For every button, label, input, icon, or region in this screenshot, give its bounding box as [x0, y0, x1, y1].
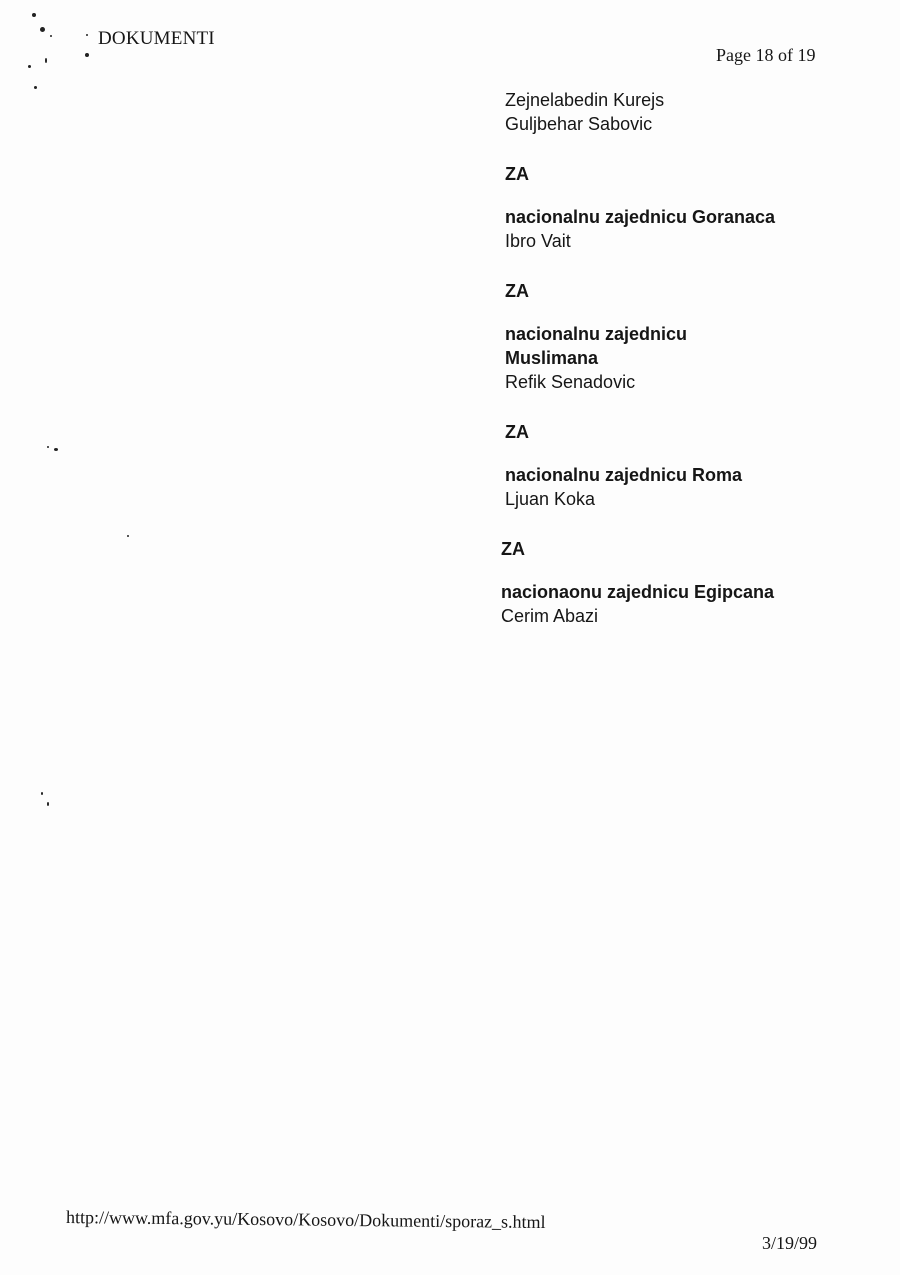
community-label: nacionaonu zajednicu Egipcana [501, 580, 885, 604]
scan-speck [28, 65, 31, 68]
scan-speck [47, 446, 49, 448]
signatory-section-goranaca: ZA nacionalnu zajednicu Goranaca Ibro Va… [505, 164, 885, 253]
scan-speck [85, 53, 89, 57]
community-label: nacionalnu zajednicu Goranaca [505, 205, 885, 229]
signatory-section-roma: ZA nacionalnu zajednicu Roma Ljuan Koka [505, 422, 885, 511]
intro-name: Zejnelabedin Kurejs [505, 88, 885, 112]
za-heading: ZA [505, 422, 885, 443]
za-heading: ZA [501, 539, 885, 560]
signatory-name: Refik Senadovic [505, 370, 885, 394]
footer-date: 3/19/99 [762, 1233, 817, 1254]
signatory-name: Ibro Vait [505, 229, 885, 253]
scan-speck [45, 58, 47, 63]
scan-speck [127, 535, 129, 537]
scan-speck [50, 35, 52, 37]
signatory-name: Cerim Abazi [501, 604, 885, 628]
za-heading: ZA [505, 164, 885, 185]
footer-url: http://www.mfa.gov.yu/Kosovo/Kosovo/Doku… [66, 1207, 546, 1233]
scan-speck [40, 27, 45, 32]
header-title: DOKUMENTI [98, 28, 215, 50]
scan-speck [34, 86, 37, 89]
page-number: Page 18 of 19 [716, 45, 815, 66]
scan-speck [47, 802, 49, 806]
signatory-section-egipcana: ZA nacionaonu zajednicu Egipcana Cerim A… [501, 539, 885, 628]
signatory-name: Ljuan Koka [505, 487, 885, 511]
community-label: nacionalnu zajednicu Roma [505, 463, 885, 487]
community-label: Muslimana [505, 346, 885, 370]
scan-speck [41, 792, 43, 795]
community-label: nacionalnu zajednicu [505, 322, 885, 346]
za-heading: ZA [505, 281, 885, 302]
signatory-section-muslimana: ZA nacionalnu zajednicu Muslimana Refik … [505, 281, 885, 394]
signatories-block: Zejnelabedin Kurejs Guljbehar Sabovic ZA… [505, 88, 885, 628]
intro-name: Guljbehar Sabovic [505, 112, 885, 136]
scan-speck [86, 34, 88, 36]
scan-speck [54, 448, 58, 451]
scan-speck [32, 13, 36, 17]
